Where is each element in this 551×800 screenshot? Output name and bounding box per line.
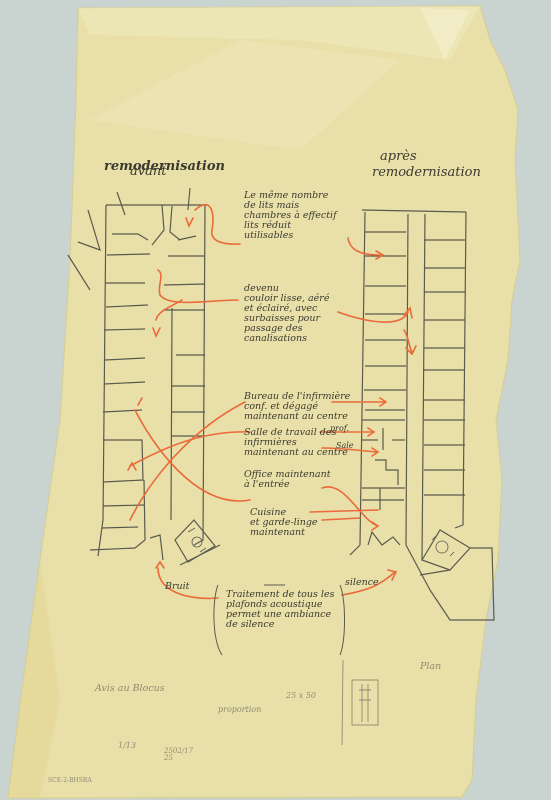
- archive-stamp: 2502/17 25: [164, 748, 193, 763]
- catalog-code: SCE-2-BHSRA: [48, 778, 92, 784]
- annotation-kitchen: Cuisine et garde-linge maintenant: [250, 508, 318, 538]
- proportion-value: 25 x 50: [286, 692, 316, 700]
- annotation-office: Office maintenant à l'entrée: [244, 470, 331, 490]
- acoustic-ceiling-note: Traitement de tous les plafonds acoustiq…: [226, 590, 334, 630]
- annotation-bedrooms: Le même nombre de lits mais chambres à e…: [244, 191, 337, 241]
- right-plan-subtitle: remodernisation: [372, 166, 481, 180]
- right-caption: Plan: [420, 662, 441, 672]
- annotation-nurse-office: Bureau de l'infirmière conf. et dégagé m…: [244, 392, 350, 422]
- label-sale: Sale: [336, 442, 354, 450]
- label-silence: silence: [345, 578, 379, 588]
- left-plan-subtitle: remodernisation: [104, 160, 225, 174]
- left-caption: Avis au Blocus: [95, 684, 165, 694]
- label-prof: prof.: [330, 425, 349, 433]
- label-noise: Bruit: [165, 582, 190, 592]
- annotation-corridor: devenu couloir lisse, aéré et éclairé, a…: [244, 284, 329, 344]
- right-plan-title: après: [380, 150, 417, 164]
- archive-number: 1/13: [118, 742, 136, 750]
- proportion-label: proportion: [218, 706, 261, 714]
- drawing-sheet: avant remodernisation après remodernisat…: [0, 0, 551, 800]
